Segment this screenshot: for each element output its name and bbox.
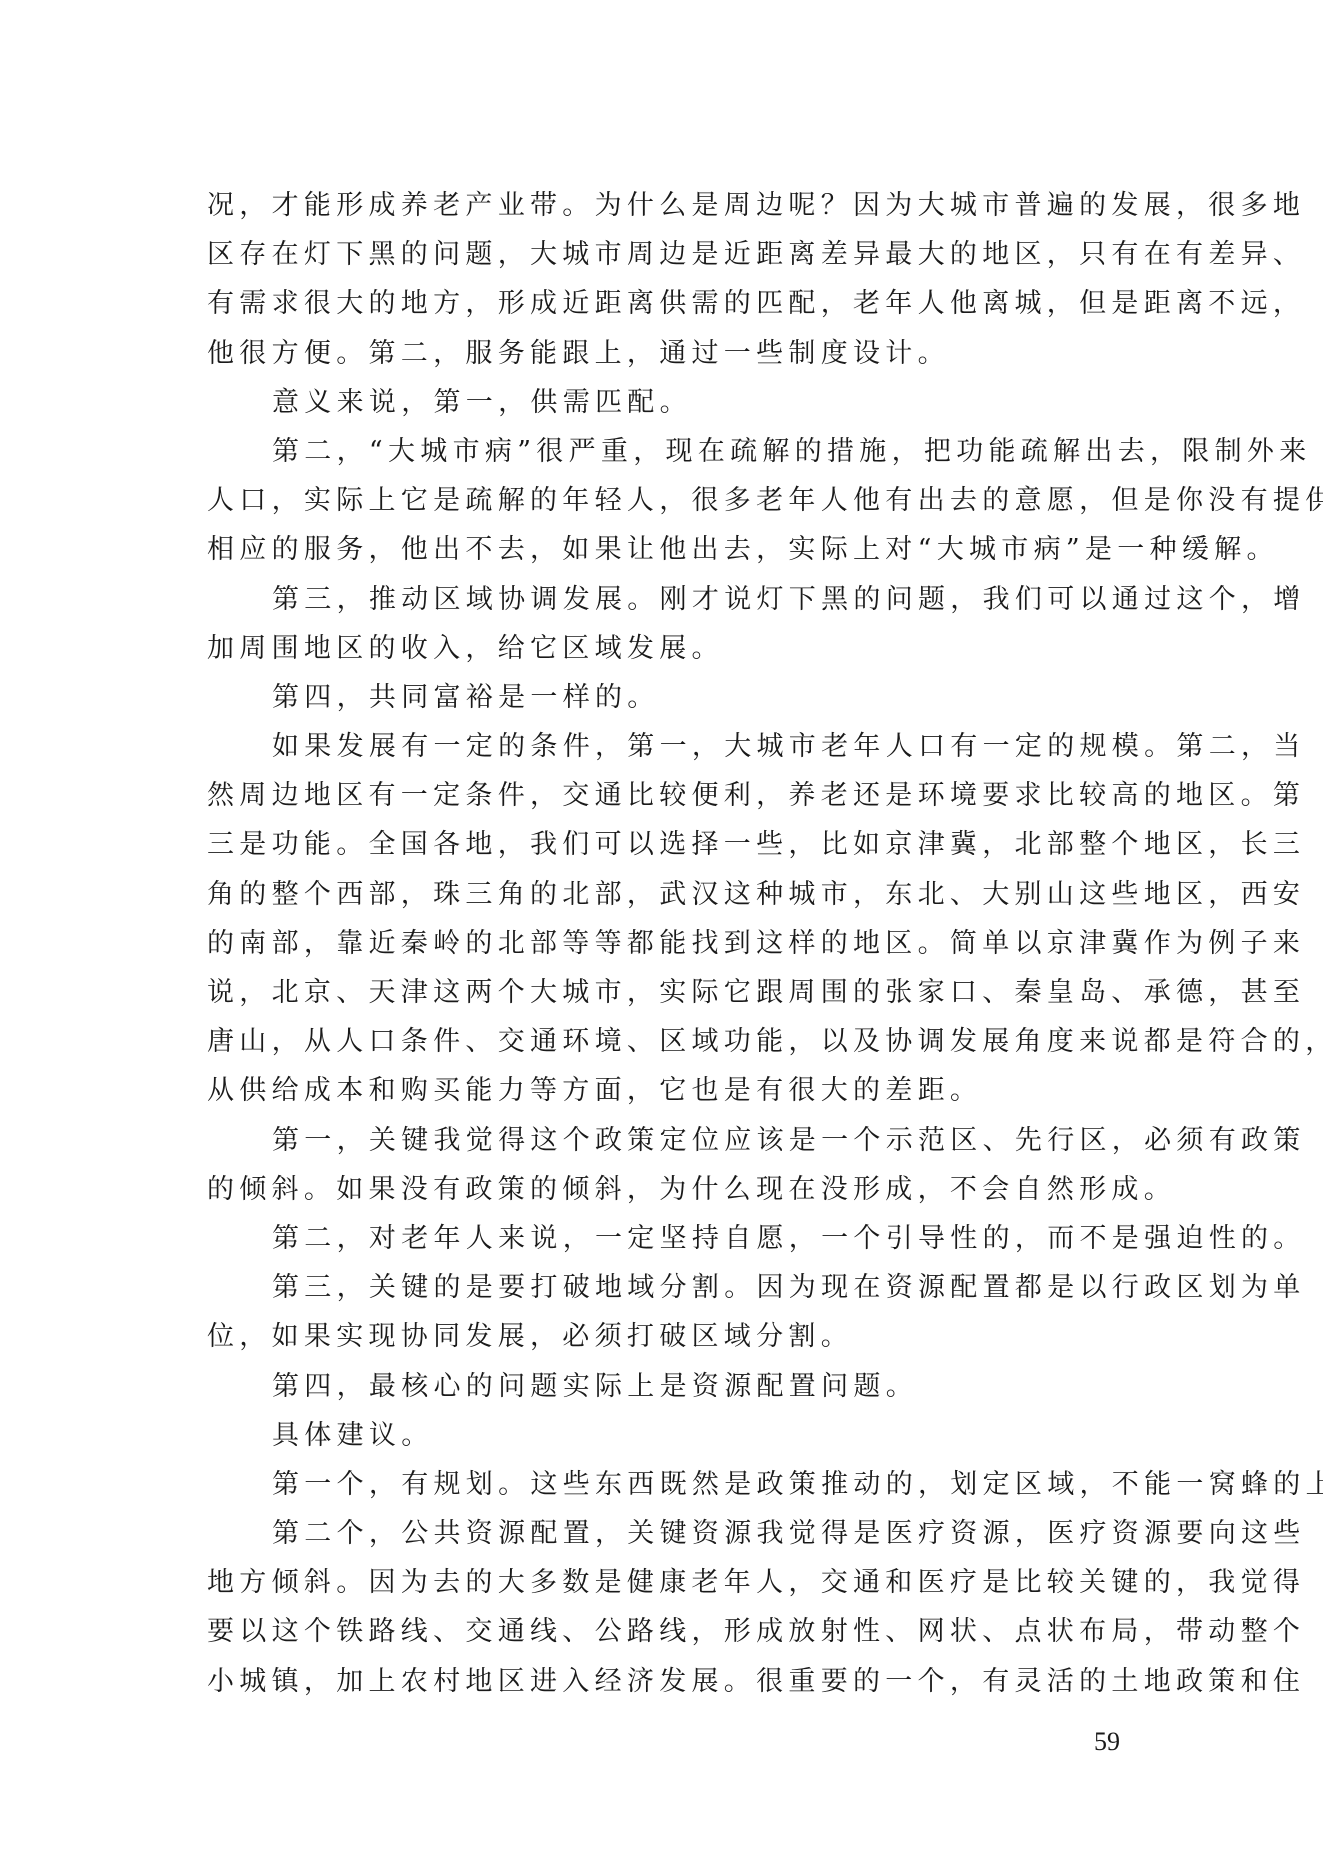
paragraph-first-line: 第四，共同富裕是一样的。 [207, 673, 1119, 722]
body-text: 况，才能形成养老产业带。为什么是周边呢？因为大城市普遍的发展，很多地区存在灯下黑… [207, 181, 1119, 1706]
paragraph-first-line: 第一，关键我觉得这个政策定位应该是一个示范区、先行区，必须有政策 [207, 1116, 1119, 1165]
paragraph-first-line: 第二，对老年人来说，一定坚持自愿，一个引导性的，而不是强迫性的。 [207, 1214, 1119, 1263]
document-page: 况，才能形成养老产业带。为什么是周边呢？因为大城市普遍的发展，很多地区存在灯下黑… [0, 0, 1323, 1871]
text-line: 要以这个铁路线、交通线、公路线，形成放射性、网状、点状布局，带动整个 [207, 1607, 1119, 1656]
text-line: 小城镇，加上农村地区进入经济发展。很重要的一个，有灵活的土地政策和住 [207, 1657, 1119, 1706]
text-line: 区存在灯下黑的问题，大城市周边是近距离差异最大的地区，只有在有差异、 [207, 230, 1119, 279]
text-line: 地方倾斜。因为去的大多数是健康老年人，交通和医疗是比较关键的，我觉得 [207, 1558, 1119, 1607]
page-number: 59 [1094, 1727, 1120, 1757]
paragraph-first-line: 第一个，有规划。这些东西既然是政策推动的，划定区域，不能一窝蜂的上。 [207, 1460, 1119, 1509]
paragraph-first-line: 第三，推动区域协调发展。刚才说灯下黑的问题，我们可以通过这个，增 [207, 575, 1119, 624]
paragraph-first-line: 第三，关键的是要打破地域分割。因为现在资源配置都是以行政区划为单 [207, 1263, 1119, 1312]
text-line: 况，才能形成养老产业带。为什么是周边呢？因为大城市普遍的发展，很多地 [207, 181, 1119, 230]
paragraph-first-line: 第二个，公共资源配置，关键资源我觉得是医疗资源，医疗资源要向这些 [207, 1509, 1119, 1558]
text-line: 然周边地区有一定条件，交通比较便利，养老还是环境要求比较高的地区。第 [207, 771, 1119, 820]
text-line: 角的整个西部，珠三角的北部，武汉这种城市，东北、大别山这些地区，西安 [207, 870, 1119, 919]
text-line: 三是功能。全国各地，我们可以选择一些，比如京津冀，北部整个地区，长三 [207, 820, 1119, 869]
paragraph-first-line: 如果发展有一定的条件，第一，大城市老年人口有一定的规模。第二，当 [207, 722, 1119, 771]
text-line: 说，北京、天津这两个大城市，实际它跟周围的张家口、秦皇岛、承德，甚至 [207, 968, 1119, 1017]
text-line: 加周围地区的收入，给它区域发展。 [207, 624, 1119, 673]
paragraph-first-line: 具体建议。 [207, 1411, 1119, 1460]
paragraph-first-line: 第四，最核心的问题实际上是资源配置问题。 [207, 1362, 1119, 1411]
text-line: 的南部，靠近秦岭的北部等等都能找到这样的地区。简单以京津冀作为例子来 [207, 919, 1119, 968]
text-line: 他很方便。第二，服务能跟上，通过一些制度设计。 [207, 329, 1119, 378]
paragraph-first-line: 第二，“大城市病”很严重，现在疏解的措施，把功能疏解出去，限制外来 [207, 427, 1119, 476]
text-line: 相应的服务，他出不去，如果让他出去，实际上对“大城市病”是一种缓解。 [207, 525, 1119, 574]
text-line: 位，如果实现协同发展，必须打破区域分割。 [207, 1312, 1119, 1361]
paragraph-first-line: 意义来说，第一，供需匹配。 [207, 378, 1119, 427]
text-line: 有需求很大的地方，形成近距离供需的匹配，老年人他离城，但是距离不远， [207, 279, 1119, 328]
text-line: 唐山，从人口条件、交通环境、区域功能，以及协调发展角度来说都是符合的， [207, 1017, 1119, 1066]
text-line: 从供给成本和购买能力等方面，它也是有很大的差距。 [207, 1066, 1119, 1115]
text-line: 人口，实际上它是疏解的年轻人，很多老年人他有出去的意愿，但是你没有提供 [207, 476, 1119, 525]
text-line: 的倾斜。如果没有政策的倾斜，为什么现在没形成，不会自然形成。 [207, 1165, 1119, 1214]
